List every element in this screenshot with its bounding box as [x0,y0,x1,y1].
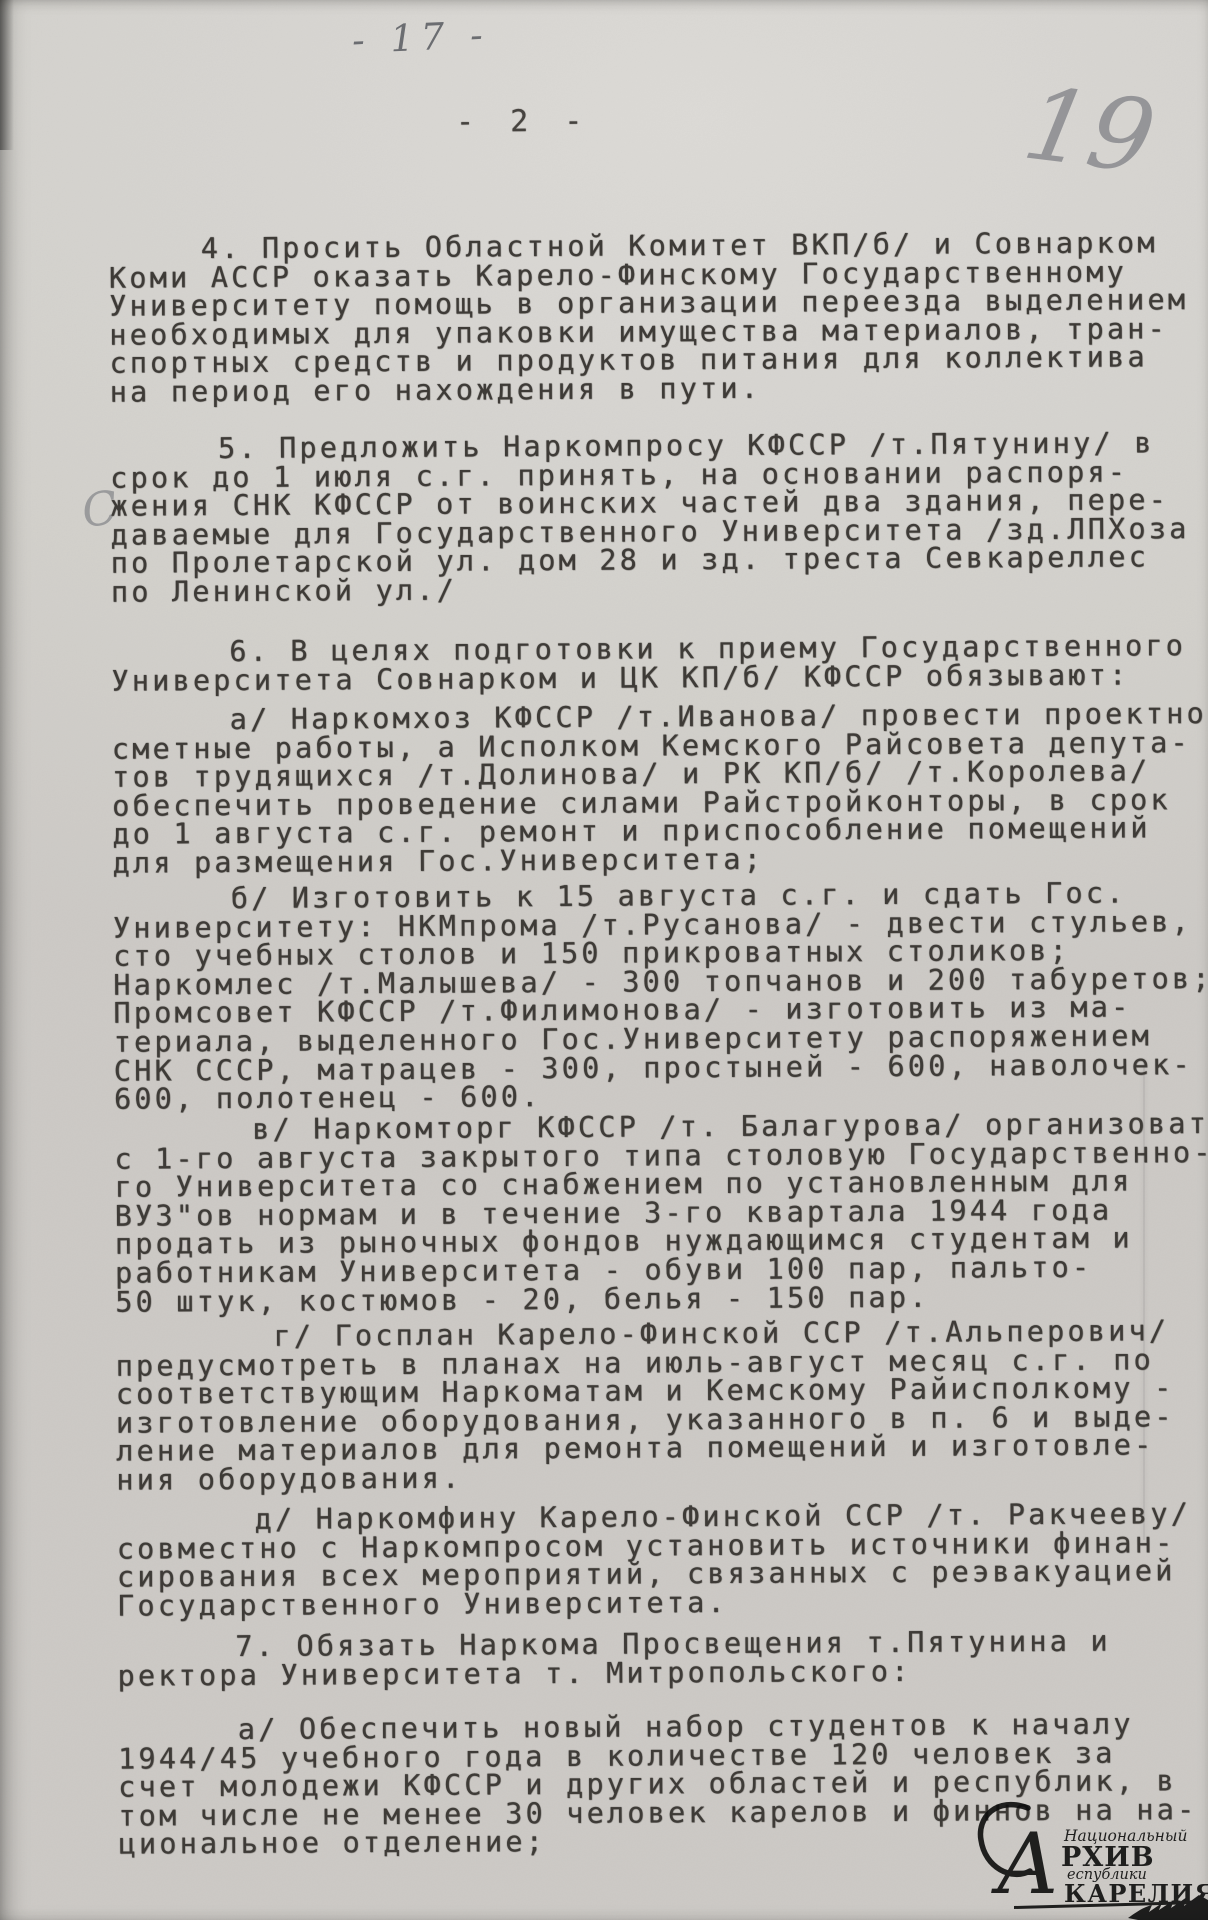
typed-line: ния оборудования. [116,1460,1208,1495]
archive-logo-initial: А [991,1815,1060,1913]
paragraph-5: 5. Предложить Наркомпросу КФССР /т.Пятун… [110,429,1208,607]
paragraph-6-item-v: в/ Наркомторг КФССР /т. Балагурова/ орга… [114,1110,1208,1317]
typed-line: для размещения Гос.Университета; [112,843,1208,878]
typed-line: Государственного Университета. [117,1586,1208,1621]
paragraph-7-heading: 7. Обязать Наркома Просвещения т.Пятунин… [117,1627,1208,1691]
paragraph-6-heading: 6. В целях подготовки к приему Государст… [111,632,1208,696]
typed-line: на период его нахождения в пути. [110,372,1208,407]
paragraph-4: 4. Просить Областной Комитет ВКП/б/ и Со… [109,229,1208,407]
typed-text-layer: - 2 - 4. Просить Областной Комитет ВКП/б… [107,0,1208,1920]
typed-line: по Ленинской ул./ [111,572,1208,607]
scanned-document-page: - 17 - 19 С - 2 - 4. Просить Областной К… [0,0,1208,1920]
typed-page-number: - 2 - [456,104,592,140]
typed-line: ление материалов для ремонта помещений и… [116,1431,1208,1466]
paragraph-6-item-a: а/ Наркомхоз КФССР /т.Иванова/ провести … [112,700,1208,878]
typed-line: ректора Университета т. Митропольского: [117,1656,1208,1691]
paragraph-6-item-d: д/ Наркомфину Карело-Финской ССР /т. Рак… [117,1500,1208,1621]
page-left-edge-dark [0,0,14,150]
paragraph-6-item-b: б/ Изготовить к 15 августа с.г. и сдать … [113,879,1208,1114]
typed-line: Университета Совнарком и ЦК КП/б/ КФССР … [111,661,1208,696]
typed-line: СНК СССР, матрацев - 300, простыней - 60… [114,1051,1208,1086]
paragraph-6-item-g: г/ Госплан Карело-Финской ССР /т.Альперо… [115,1317,1208,1495]
typed-line: по Пролетарской ул. дом 28 и зд. треста … [111,543,1208,578]
typed-line: 50 штук, костюмов - 20, белья - 150 пар. [115,1282,1208,1317]
archive-logo: А Национальный РХИВ еспублики КАРЕЛИЯ [968,1778,1208,1920]
